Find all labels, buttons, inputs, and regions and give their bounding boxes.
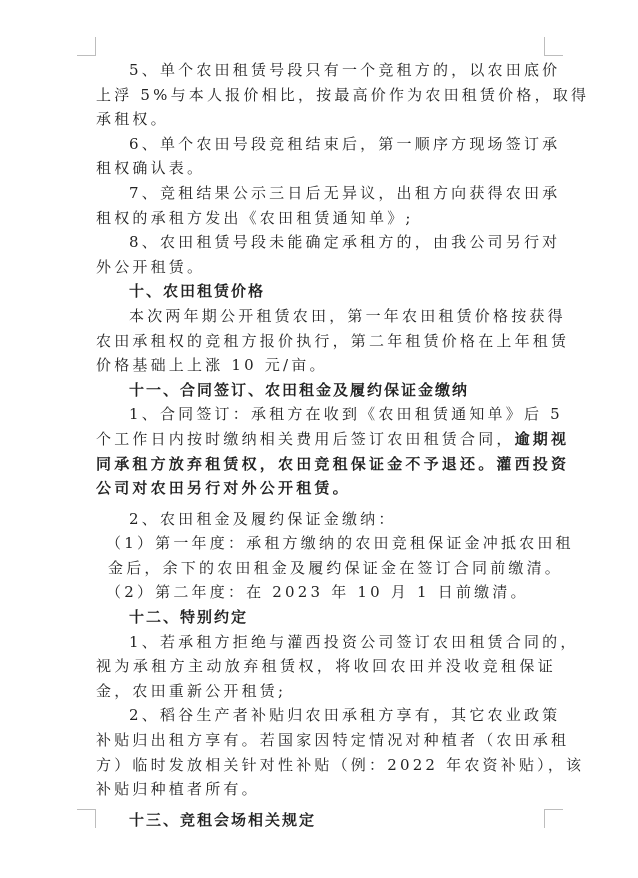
text-line: 2、农田租金及履约保证金缴纳： bbox=[96, 507, 556, 532]
text-line: 个工作日内按时缴纳相关费用后签订农田租赁合同，逾期视 bbox=[96, 427, 556, 452]
text-line: 2、稻谷生产者补贴归农田承租方享有，其它农业政策 bbox=[96, 703, 556, 728]
section-heading: 十二、特别约定 bbox=[96, 605, 556, 630]
text-line: 1、合同签订：承租方在收到《农田租赁通知单》后 5 bbox=[96, 402, 556, 427]
text-line: 金后，余下的农田租金及履约保证金在签订合同前缴清。 bbox=[96, 556, 556, 581]
text-line: 本次两年期公开租赁农田，第一年农田租赁价格按获得 bbox=[96, 304, 556, 329]
text-line: 5、单个农田租赁号段只有一个竞租方的，以农田底价 bbox=[96, 58, 556, 83]
document-page: 5、单个农田租赁号段只有一个竞租方的，以农田底价 上浮 5%与本人报价相比，按最… bbox=[96, 58, 556, 832]
section-heading: 十、农田租赁价格 bbox=[96, 279, 556, 304]
section-11: 十一、合同签订、农田租金及履约保证金缴纳 1、合同签订：承租方在收到《农田租赁通… bbox=[96, 378, 556, 605]
text-line: 视为承租方主动放弃租赁权，将收回农田并没收竞租保证 bbox=[96, 654, 556, 679]
text-line-bold: 公司对农田另行对外公开租赁。 bbox=[96, 476, 556, 501]
paragraph-item-8: 8、农田租赁号段未能确定承租方的，由我公司另行对 外公开租赁。 bbox=[96, 230, 556, 279]
paragraph-item-6: 6、单个农田号段竞租结束后，第一顺序方现场签订承 租权确认表。 bbox=[96, 132, 556, 181]
text-line: 承租权。 bbox=[96, 107, 556, 132]
section-13: 十三、竞租会场相关规定 bbox=[96, 808, 556, 833]
text-line: 8、农田租赁号段未能确定承租方的，由我公司另行对 bbox=[96, 230, 556, 255]
section-heading: 十一、合同签订、农田租金及履约保证金缴纳 bbox=[96, 378, 556, 403]
text-line: 租权的承租方发出《农田租赁通知单》; bbox=[96, 206, 556, 231]
text-line: 1、若承租方拒绝与灌西投资公司签订农田租赁合同的， bbox=[96, 630, 556, 655]
text-line: （2）第二年度：在 2023 年 10 月 1 日前缴清。 bbox=[96, 580, 556, 605]
text-line: 6、单个农田号段竞租结束后，第一顺序方现场签订承 bbox=[96, 132, 556, 157]
text-line: 7、竞租结果公示三日后无异议，出租方向获得农田承 bbox=[96, 181, 556, 206]
paragraph-item-5: 5、单个农田租赁号段只有一个竞租方的，以农田底价 上浮 5%与本人报价相比，按最… bbox=[96, 58, 556, 132]
text-line: 外公开租赁。 bbox=[96, 255, 556, 280]
text-line: 租权确认表。 bbox=[96, 156, 556, 181]
text-line: （1）第一年度：承租方缴纳的农田竞租保证金冲抵农田租 bbox=[96, 531, 556, 556]
text-normal: 个工作日内按时缴纳相关费用后签订农田租赁合同， bbox=[96, 430, 515, 448]
page-corner-mark-top-left bbox=[77, 37, 96, 56]
paragraph-item-7: 7、竞租结果公示三日后无异议，出租方向获得农田承 租权的承租方发出《农田租赁通知… bbox=[96, 181, 556, 230]
page-corner-mark-top-right bbox=[544, 37, 563, 56]
section-12: 十二、特别约定 1、若承租方拒绝与灌西投资公司签订农田租赁合同的， 视为承租方主… bbox=[96, 605, 556, 808]
section-10: 十、农田租赁价格 本次两年期公开租赁农田，第一年农田租赁价格按获得 农田承租权的… bbox=[96, 279, 556, 377]
text-line: 方）临时发放相关针对性补贴（例：2022 年农资补贴），该 bbox=[96, 753, 556, 778]
text-line: 上浮 5%与本人报价相比，按最高价作为农田租赁价格，取得 bbox=[96, 83, 556, 108]
text-line: 补贴归出租方享有。若国家因特定情况对种植者（农田承租 bbox=[96, 728, 556, 753]
text-line: 补贴归种植者所有。 bbox=[96, 777, 556, 802]
text-line-bold: 同承租方放弃租赁权，农田竞租保证金不予退还。灌西投资 bbox=[96, 452, 556, 477]
text-line: 农田承租权的竞租方报价执行，第二年租赁价格在上年租赁 bbox=[96, 329, 556, 354]
text-line: 金，农田重新公开租赁; bbox=[96, 679, 556, 704]
text-bold: 逾期视 bbox=[515, 430, 570, 448]
section-heading: 十三、竞租会场相关规定 bbox=[96, 808, 556, 833]
text-line: 价格基础上上涨 10 元/亩。 bbox=[96, 353, 556, 378]
page-corner-mark-bottom-left bbox=[77, 809, 96, 828]
